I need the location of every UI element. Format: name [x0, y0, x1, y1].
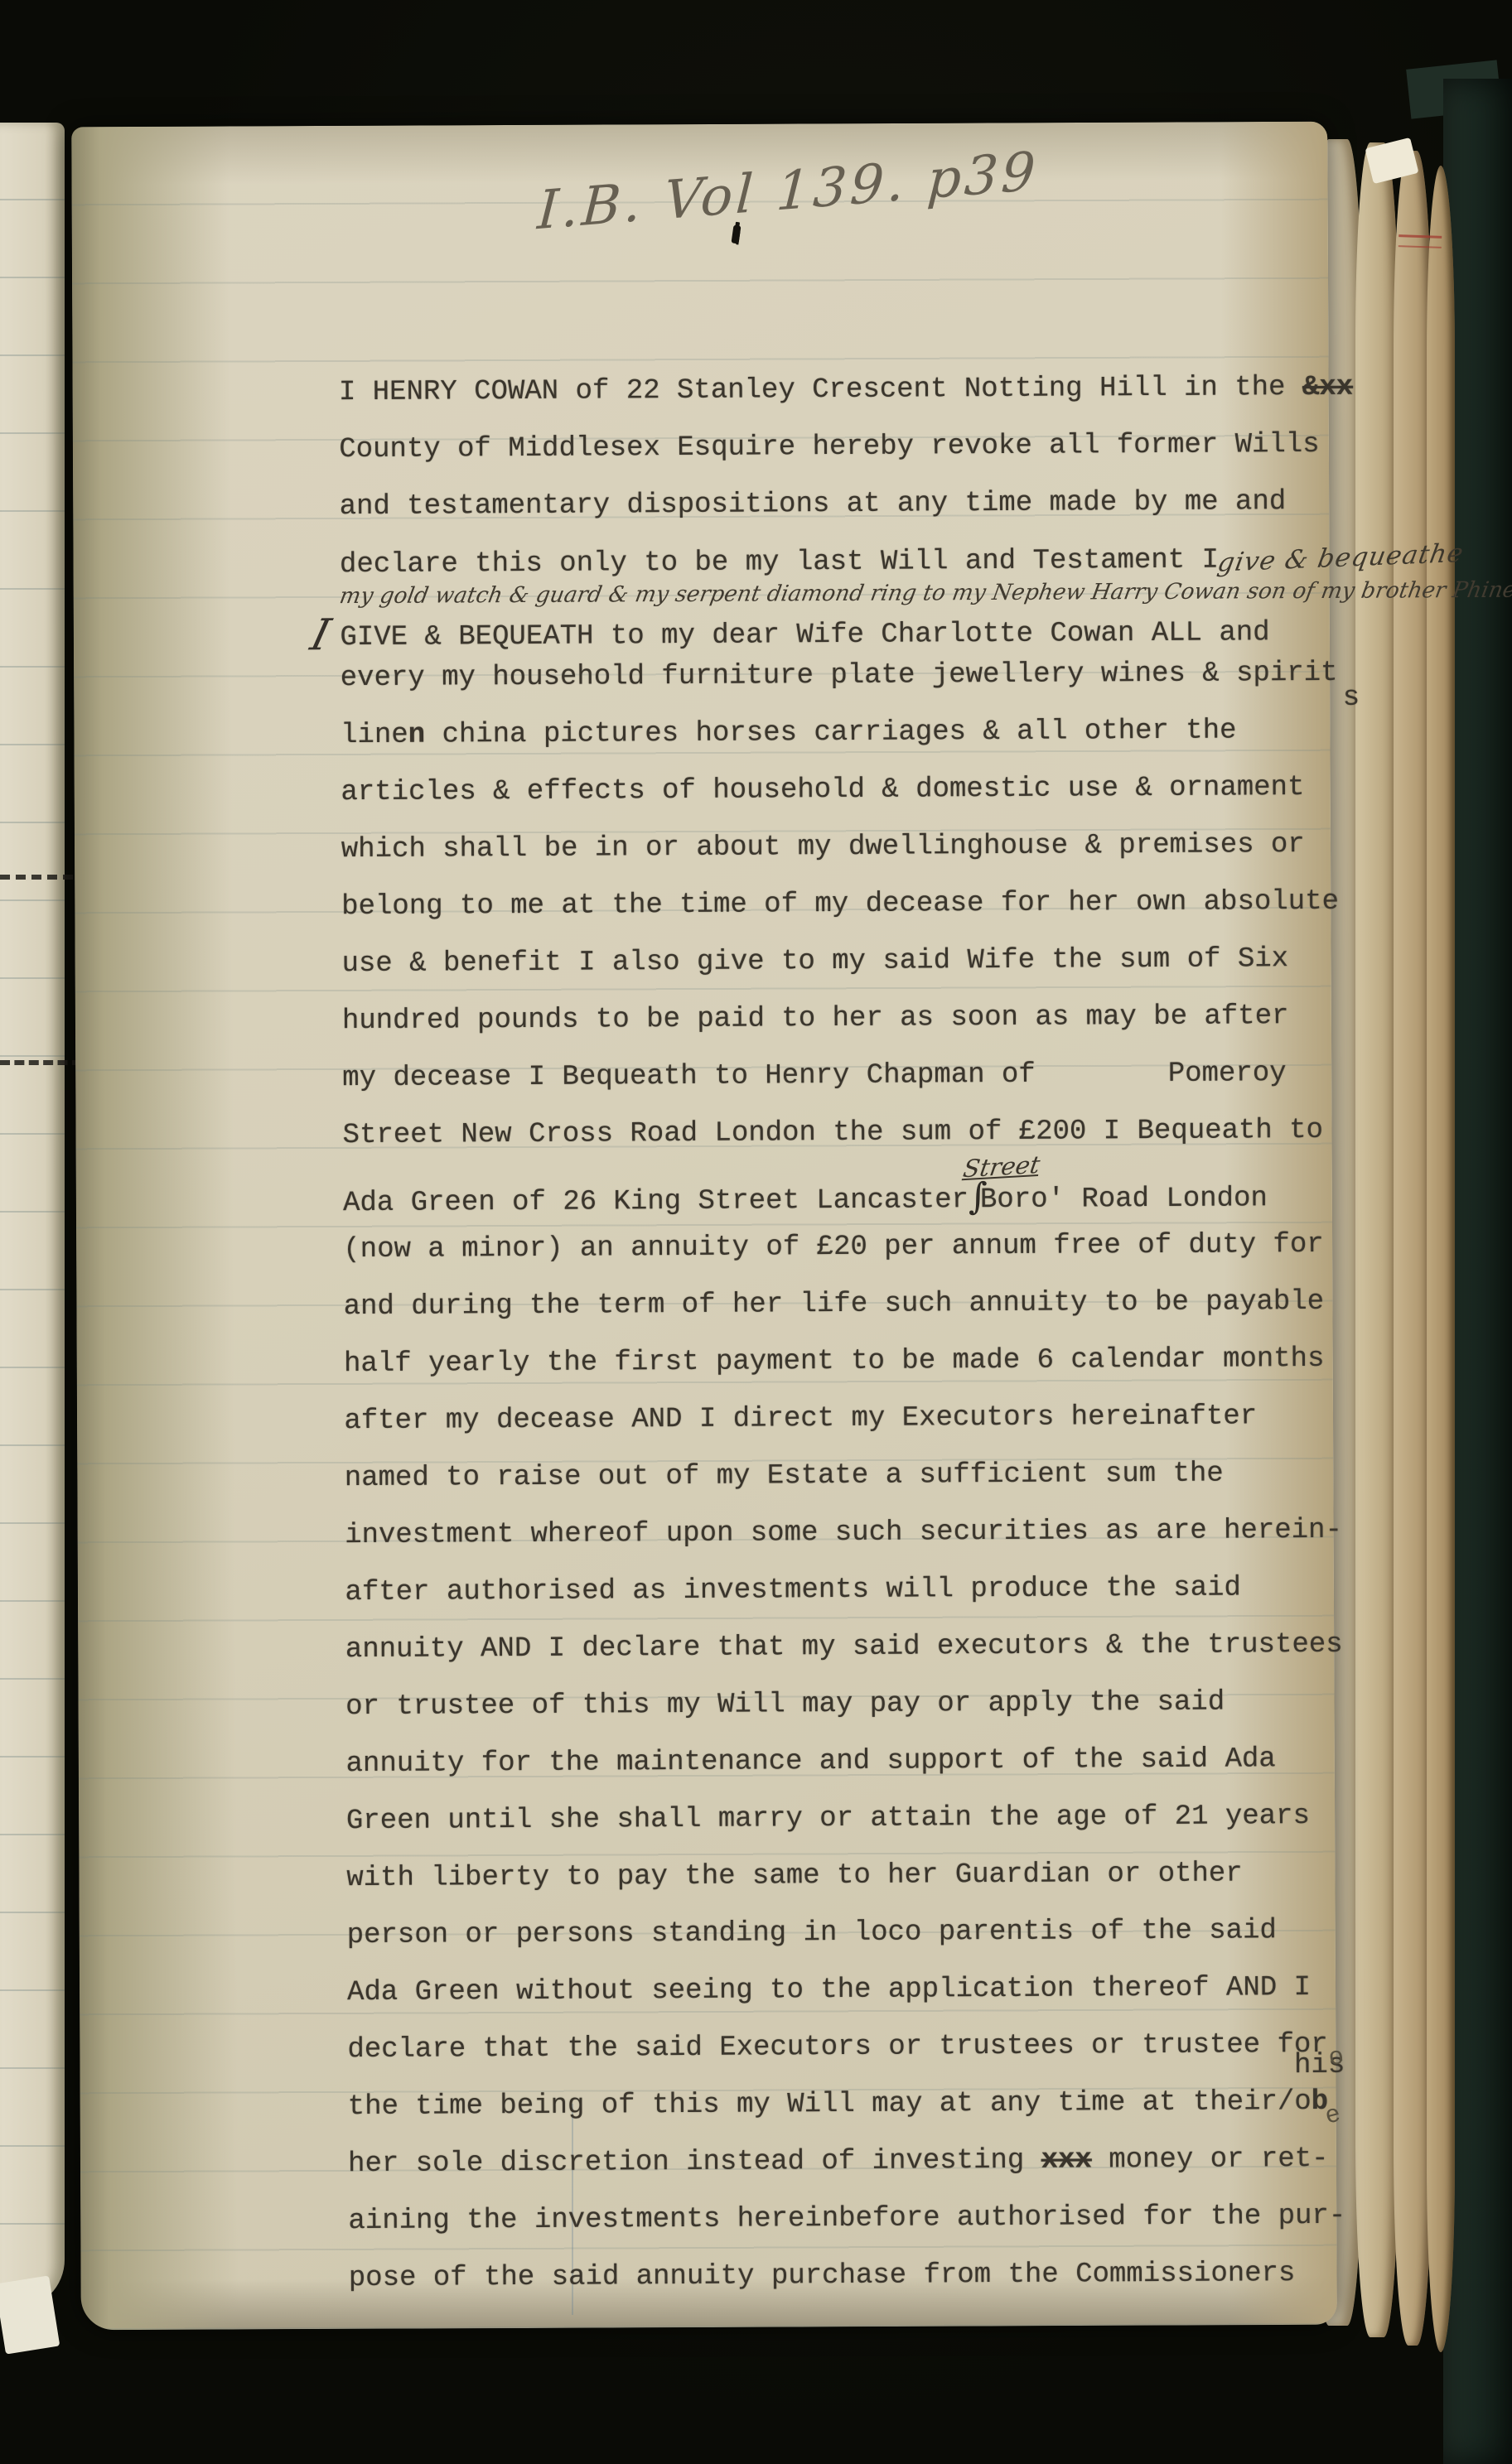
text-segment: annuity AND I declare that my said execu…	[345, 1629, 1343, 1666]
text-segment: and testamentary dispositions at any tim…	[340, 486, 1287, 523]
text-segment: pose of the said annuity purchase from t…	[349, 2258, 1296, 2294]
text-segment: or trustee of this my Will may pay or ap…	[345, 1687, 1225, 1724]
text-line: linen china pictures horses carriages & …	[341, 715, 1237, 751]
text-segment: Green until she shall marry or attain th…	[346, 1801, 1310, 1837]
text-segment: Ada Green of 26 King Street Lancaster	[343, 1184, 969, 1219]
text-line: Street New Cross Road London the sum of …	[343, 1115, 1324, 1151]
text-segment: the time being of this my Will may at an…	[348, 2086, 1295, 2123]
text-line: with liberty to pay the same to her Guar…	[346, 1858, 1243, 1894]
text-line: declare this only to be my last Will and…	[340, 542, 1463, 581]
text-segment: Street	[961, 1155, 965, 1183]
text-segment: declare this only to be my last Will and…	[340, 545, 1219, 581]
text-line: the time being of this my Will may at an…	[348, 2086, 1329, 2123]
text-segment: xxx	[1041, 2144, 1092, 2176]
text-line: declare that the said Executors or trust…	[347, 2029, 1328, 2066]
text-segment: which shall be in or about my dwellingho…	[341, 829, 1305, 866]
text-line: or trustee of this my Will may pay or ap…	[345, 1687, 1225, 1724]
typed-text-block: I HENRY COWAN of 22 Stanley Crescent Not…	[339, 372, 1343, 2331]
text-segment: and during the term of her life such ann…	[344, 1286, 1325, 1323]
text-segment: china pictures horses carriages & all ot…	[425, 715, 1237, 750]
text-segment: County of Middlesex Esquire hereby revok…	[339, 429, 1320, 465]
text-line: after authorised as investments will pro…	[345, 1572, 1241, 1608]
text-line: (now a minor) an annuity of £20 per annu…	[343, 1229, 1324, 1266]
text-segment: investment whereof upon some such securi…	[345, 1515, 1342, 1551]
text-line: hundred pounds to be paid to her as soon…	[342, 1001, 1289, 1037]
text-segment: line	[341, 720, 408, 751]
ink-dash-mark	[0, 875, 73, 880]
red-ruled-edge-line	[1398, 234, 1442, 248]
page-edge-stack-4	[1427, 166, 1455, 2352]
text-segment: Street New Cross Road London the sum of …	[343, 1115, 1324, 1151]
text-segment: aining the investments hereinbefore auth…	[348, 2201, 1345, 2237]
text-segment: declare that the said Executors or trust…	[347, 2029, 1328, 2066]
text-segment: give & bequeathe	[1215, 538, 1466, 578]
page-edge-stack-2	[1355, 142, 1398, 2337]
text-segment: half yearly the first payment to be made…	[344, 1343, 1325, 1380]
text-line: after my decease AND I direct my Executo…	[344, 1401, 1257, 1437]
text-line: person or persons standing in loco paren…	[347, 1915, 1277, 1951]
scanned-will-page-photo: I.B. Vol 139. p39 I HENRY COWAN of 22 St…	[0, 0, 1512, 2464]
text-segment: money or ret-	[1092, 2143, 1329, 2176]
text-line: investment whereof upon some such securi…	[345, 1515, 1342, 1551]
text-line: use & benefit I also give to my said Wif…	[341, 943, 1288, 980]
text-segment: named to raise out of my Estate a suffic…	[345, 1459, 1224, 1495]
text-segment: after authorised as investments will pro…	[345, 1572, 1241, 1608]
text-segment: Pomeroy	[1168, 1058, 1287, 1090]
text-segment: her sole discretion instead of investing	[348, 2145, 1041, 2180]
text-segment: every my household furniture plate jewel…	[341, 658, 1338, 694]
text-line: pose of the said annuity purchase from t…	[349, 2258, 1296, 2294]
text-segment: my decease I Bequeath to Henry Chapman o…	[342, 1059, 1036, 1094]
text-line: named to raise out of my Estate a suffic…	[345, 1459, 1224, 1495]
text-line: annuity AND I declare that my said execu…	[345, 1629, 1343, 1666]
text-line: IGIVE & BEQUEATH to my dear Wife Charlot…	[340, 600, 1269, 655]
text-line: Green until she shall marry or attain th…	[346, 1801, 1310, 1837]
text-line: half yearly the first payment to be made…	[344, 1343, 1325, 1380]
text-line: aining the investments hereinbefore auth…	[348, 2201, 1345, 2237]
text-line: and testamentary dispositions at any tim…	[340, 486, 1287, 523]
text-line: articles & effects of household & domest…	[341, 772, 1304, 808]
text-segment: I HENRY COWAN of 22 Stanley Crescent Not…	[339, 372, 1302, 408]
text-segment: use & benefit I also give to my said Wif…	[341, 943, 1288, 980]
text-line: her sole discretion instead of investing…	[348, 2143, 1329, 2180]
text-segment	[1036, 1081, 1168, 1082]
text-line: I HENRY COWAN of 22 Stanley Crescent Not…	[339, 372, 1353, 408]
text-segment: hundred pounds to be paid to her as soon…	[342, 1001, 1289, 1037]
text-line: and during the term of her life such ann…	[344, 1286, 1325, 1323]
text-segment: with liberty to pay the same to her Guar…	[346, 1858, 1243, 1894]
text-segment: belong to me at the time of my decease f…	[341, 886, 1339, 923]
text-segment: articles & effects of household & domest…	[341, 772, 1304, 808]
text-segment: after my decease AND I direct my Executo…	[344, 1401, 1257, 1437]
text-segment: person or persons standing in loco paren…	[347, 1915, 1277, 1951]
text-line: annuity for the maintenance and support …	[346, 1743, 1276, 1780]
text-segment: o	[1294, 2086, 1312, 2118]
text-line: my decease I Bequeath to Henry Chapman o…	[342, 1058, 1287, 1094]
text-segment: &xx	[1302, 372, 1353, 403]
previous-page-edge	[0, 123, 65, 2309]
text-line: every my household furniture plate jewel…	[341, 658, 1338, 694]
text-segment: ∫	[969, 1175, 980, 1218]
text-segment: Ada Green without seeing to the applicat…	[347, 1972, 1311, 2008]
text-segment: Boro' Road London	[980, 1183, 1268, 1216]
text-line: Ada Green of 26 King Street LancasterStr…	[343, 1172, 1268, 1219]
text-line: belong to me at the time of my decease f…	[341, 886, 1339, 923]
text-segment: annuity for the maintenance and support …	[346, 1743, 1276, 1780]
text-line: County of Middlesex Esquire hereby revok…	[339, 429, 1320, 465]
text-line: Ada Green without seeing to the applicat…	[347, 1972, 1311, 2008]
text-line: which shall be in or about my dwellingho…	[341, 829, 1305, 866]
text-segment: GIVE & BEQUEATH to my dear Wife Charlott…	[340, 617, 1269, 653]
text-segment: n	[408, 720, 426, 751]
text-segment: (now a minor) an annuity of £20 per annu…	[343, 1229, 1324, 1266]
